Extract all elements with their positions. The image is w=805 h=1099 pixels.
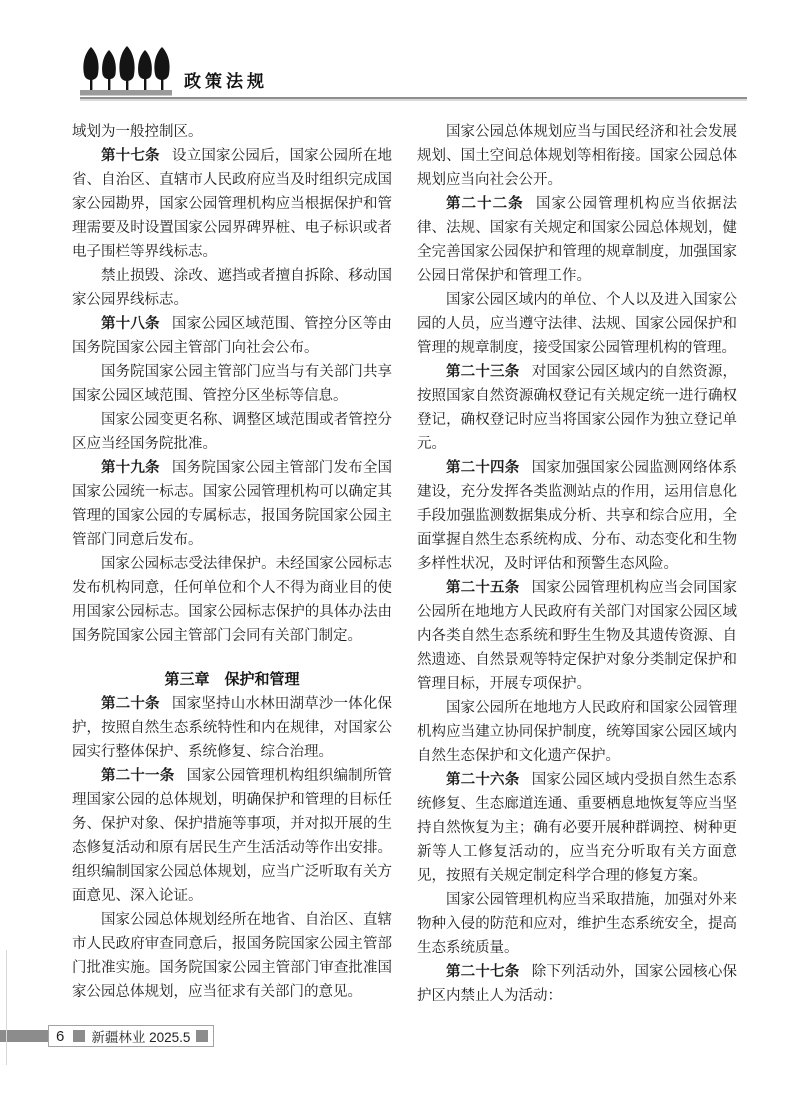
article-paragraph: 第十八条国家公园区域范围、管控分区等由国务院国家公园主管部门向社会公布。 — [72, 312, 392, 360]
article-number: 第二十二条 — [446, 196, 524, 212]
section-label: 政策法规 — [184, 67, 268, 96]
square-marker-icon — [73, 1030, 85, 1042]
page-edge-shadow — [6, 950, 7, 1065]
article-number: 第二十四条 — [446, 460, 519, 476]
article-paragraph: 第二十六条国家公园区域内受损自然生态系统修复、生态廊道连通、重要栖息地恢复等应当… — [417, 768, 737, 888]
article-paragraph: 第二十七条除下列活动外，国家公园核心保护区内禁止人为活动： — [417, 960, 737, 1008]
trees-icon — [80, 44, 172, 96]
article-number: 第二十五条 — [446, 580, 519, 596]
paragraph: 国家公园标志受法律保护。未经国家公园标志发布机构同意，任何单位和个人不得为商业目… — [72, 552, 392, 648]
footer-box: 6 新疆林业 2025.5 — [48, 1025, 214, 1047]
paragraph: 国家公园管理机构应当采取措施，加强对外来物种入侵的防范和应对，维护生态系统安全，… — [417, 888, 737, 960]
page-number: 6 — [56, 1028, 64, 1045]
footer-bar — [0, 1030, 48, 1042]
paragraph: 禁止损毁、涂改、遮挡或者擅自拆除、移动国家公园界线标志。 — [72, 264, 392, 312]
article-paragraph: 第二十五条国家公园管理机构应当会同国家公园所在地地方人民政府有关部门对国家公园区… — [417, 576, 737, 696]
column-right: 国家公园总体规划应当与国民经济和社会发展规划、国土空间总体规划等相衔接。国家公园… — [417, 120, 737, 1008]
paragraph: 国家公园总体规划经所在地省、自治区、直辖市人民政府审查同意后，报国务院国家公园主… — [72, 908, 392, 1004]
header-divider — [80, 97, 747, 99]
column-left: 域划为一般控制区。第十七条设立国家公园后，国家公园所在地省、自治区、直辖市人民政… — [72, 120, 392, 1008]
article-paragraph: 第十九条国务院国家公园主管部门发布全国国家公园统一标志。国家公园管理机构可以确定… — [72, 456, 392, 552]
paragraph: 国家公园变更名称、调整区域范围或者管控分区应当经国务院批准。 — [72, 408, 392, 456]
paragraph: 国家公园区域内的单位、个人以及进入国家公园的人员，应当遵守法律、法规、国家公园保… — [417, 288, 737, 360]
paragraph: 国家公园总体规划应当与国民经济和社会发展规划、国土空间总体规划等相衔接。国家公园… — [417, 120, 737, 192]
chapter-heading: 第三章 保护和管理 — [72, 668, 392, 692]
article-paragraph: 第二十四条国家加强国家公园监测网络体系建设，充分发挥各类监测站点的作用，运用信息… — [417, 456, 737, 576]
square-marker-icon — [196, 1030, 208, 1042]
article-paragraph: 第二十二条国家公园管理机构应当依据法律、法规、国家有关规定和国家公园总体规划，健… — [417, 192, 737, 288]
article-number: 第二十六条 — [446, 772, 519, 788]
paragraph: 国务院国家公园主管部门应当与有关部门共享国家公园区域范围、管控分区坐标等信息。 — [72, 360, 392, 408]
article-number: 第十八条 — [101, 316, 160, 332]
journal-title: 新疆林业 2025.5 — [91, 1026, 190, 1046]
article-paragraph: 第二十一条国家公园管理机构组织编制所管理国家公园的总体规划，明确保护和管理的目标… — [72, 764, 392, 908]
article-number: 第二十三条 — [446, 364, 519, 380]
article-number: 第十九条 — [101, 460, 160, 476]
article-number: 第十七条 — [101, 148, 160, 164]
paragraph: 域划为一般控制区。 — [72, 120, 392, 144]
article-paragraph: 第十七条设立国家公园后，国家公园所在地省、自治区、直辖市人民政府应当及时组织完成… — [72, 144, 392, 264]
page-header: 政策法规 — [80, 44, 268, 96]
article-number: 第二十七条 — [446, 964, 519, 980]
article-number: 第二十一条 — [101, 768, 174, 784]
article-paragraph: 第二十条国家坚持山水林田湖草沙一体化保护，按照自然生态系统特性和内在规律，对国家… — [72, 692, 392, 764]
article-body: 域划为一般控制区。第十七条设立国家公园后，国家公园所在地省、自治区、直辖市人民政… — [72, 120, 737, 1008]
article-number: 第二十条 — [101, 696, 160, 712]
page-footer: 6 新疆林业 2025.5 — [0, 1025, 214, 1047]
article-paragraph: 第二十三条对国家公园区域内的自然资源，按照国家自然资源确权登记有关规定统一进行确… — [417, 360, 737, 456]
paragraph: 国家公园所在地地方人民政府和国家公园管理机构应当建立协同保护制度，统筹国家公园区… — [417, 696, 737, 768]
